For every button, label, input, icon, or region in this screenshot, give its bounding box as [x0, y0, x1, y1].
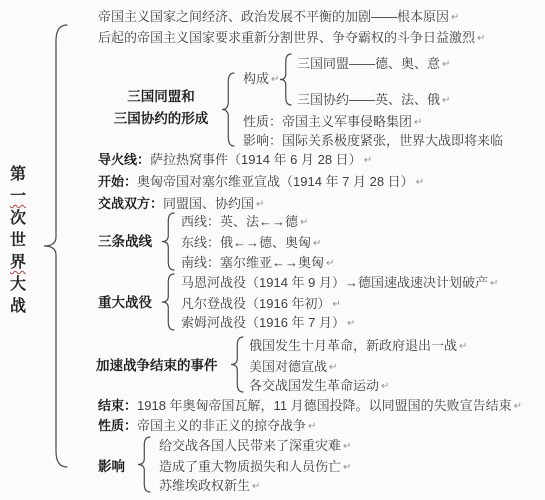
return-mark: ↵ [477, 33, 485, 44]
return-mark: ↵ [451, 12, 459, 23]
alliances-brace [221, 72, 235, 147]
return-mark: ↵ [347, 318, 355, 329]
title-char: 第 [8, 166, 28, 184]
alliances-label-line2: 三国协约的形成 [100, 108, 222, 130]
return-mark: ↵ [308, 421, 316, 432]
marne-battle-text: 马恩河战役（1914 年 9 月）→德国速战速决计划破产 [181, 275, 488, 290]
secondary-cause-line: 后起的帝国主义国家要求重新分割世界、争夺霸权的斗争日益激烈↵ [98, 30, 485, 46]
alliances-impact-label: 影响： [243, 133, 282, 148]
verdun-battle-text: 凡尔登战役（1916 年初） [181, 296, 331, 311]
title-char: 一 [8, 188, 28, 206]
secondary-cause-text: 后起的帝国主义国家要求重新分割世界、争夺霸权的斗争日益激烈 [98, 30, 475, 45]
nature-line: 性质：帝国主义的非正义的掠夺战争↵ [98, 418, 316, 434]
impact-item: 给交战各国人民带来了深重灾难↵ [159, 438, 351, 454]
alliance-item: 三国协约——英、法、俄↵ [297, 92, 450, 108]
fuse-text: 萨拉热窝事件（1914 年 6 月 28 日） [150, 152, 362, 167]
impact-soviet-text: 苏维埃政权新生 [159, 478, 250, 493]
triple-entente-text: 三国协约——英、法、俄 [297, 92, 440, 107]
return-mark: ↵ [300, 217, 308, 228]
composition-label-line: 构成↵ [243, 71, 279, 87]
return-mark: ↵ [416, 177, 424, 188]
western-front-text: 西线：英、法←→德 [181, 214, 298, 229]
impact-item: 造成了重大物质损失和人员伤亡↵ [159, 459, 351, 475]
composition-label: 构成 [243, 71, 269, 86]
impact-brace [137, 436, 151, 493]
october-revolution-text: 俄国发生十月革命，新政府退出一战 [249, 338, 457, 353]
front-item: 东线：俄←→德、奥匈↵ [181, 235, 321, 251]
root-cause-text: 帝国主义国家之间经济、政治发展不平衡的加剧——根本原因 [98, 9, 449, 24]
composition-brace [279, 53, 292, 106]
return-mark: ↵ [343, 462, 351, 473]
alliances-nature-line: 性质：帝国主义军事侵略集团↵ [243, 114, 422, 130]
accelerating-events-label: 加速战争结束的事件 [96, 358, 218, 374]
return-mark: ↵ [313, 238, 321, 249]
alliances-nature-label: 性质： [243, 114, 282, 129]
return-mark: ↵ [514, 401, 522, 412]
return-mark: ↵ [442, 95, 450, 106]
belligerents-text: 同盟国、协约国 [163, 196, 254, 211]
return-mark: ↵ [271, 74, 279, 85]
front-item: 南线：塞尔维亚←→奥匈↵ [181, 255, 334, 271]
revolutions-text: 各交战国发生革命运动 [249, 378, 379, 393]
battles-label: 重大战役 [98, 295, 152, 311]
root-cause-line: 帝国主义国家之间经济、政治发展不平衡的加剧——根本原因↵ [98, 9, 459, 25]
fronts-label: 三条战线 [98, 234, 152, 250]
wwi-outline-diagram: 第 一 次 世 界 大 战 帝国主义国家之间经济、政治发展不平衡的加剧——根本原… [0, 0, 545, 500]
alliance-item: 三国同盟——德、奥、意↵ [297, 56, 450, 72]
return-mark: ↵ [364, 155, 372, 166]
fuse-line: 导火线：萨拉热窝事件（1914 年 6 月 28 日）↵ [98, 152, 372, 168]
alliances-label: 三国同盟和 三国协约的形成 [100, 86, 222, 130]
title-char: 世 [8, 232, 28, 250]
end-line: 结束：1918 年奥匈帝国瓦解，11 月德国投降。以同盟国的失败宣告结束↵ [98, 398, 522, 414]
eastern-front-text: 东线：俄←→德、奥匈 [181, 235, 311, 250]
accelerating-event-item: 俄国发生十月革命，新政府退出一战↵ [249, 338, 467, 354]
title-char: 战 [8, 298, 28, 316]
return-mark: ↵ [381, 381, 389, 392]
battle-item: 马恩河战役（1914 年 9 月）→德国速战速决计划破产↵ [181, 275, 498, 291]
start-text: 奥匈帝国对塞尔维亚宣战（1914 年 7 月 28 日） [137, 174, 414, 189]
fuse-label: 导火线： [98, 152, 150, 167]
impact-label: 影响 [98, 459, 125, 475]
impact-suffering-text: 给交战各国人民带来了深重灾难 [159, 438, 341, 453]
title-char: 界 [8, 254, 28, 272]
nature-label: 性质： [98, 418, 137, 433]
alliances-nature-text: 帝国主义军事侵略集团 [282, 114, 412, 129]
return-mark: ↵ [326, 258, 334, 269]
return-mark: ↵ [252, 481, 260, 492]
start-label: 开始： [98, 174, 137, 189]
return-mark: ↵ [414, 117, 422, 128]
end-label: 结束： [98, 398, 137, 413]
alliances-impact-line: 影响：国际关系极度紧张，世界大战即将来临 [243, 133, 503, 148]
return-mark: ↵ [343, 441, 351, 452]
nature-text: 帝国主义的非正义的掠夺战争 [137, 418, 306, 433]
alliances-impact-text: 国际关系极度紧张，世界大战即将来临 [282, 133, 503, 148]
battles-brace [161, 273, 175, 331]
battle-item: 索姆河战役（1916 年 7 月）↵ [181, 315, 355, 331]
return-mark: ↵ [329, 362, 337, 373]
end-text: 1918 年奥匈帝国瓦解，11 月德国投降。以同盟国的失败宣告结束 [137, 398, 512, 413]
return-mark: ↵ [442, 59, 450, 70]
somme-battle-text: 索姆河战役（1916 年 7 月） [181, 315, 345, 330]
start-line: 开始：奥匈帝国对塞尔维亚宣战（1914 年 7 月 28 日）↵ [98, 174, 424, 190]
front-item: 西线：英、法←→德↵ [181, 214, 308, 230]
return-mark: ↵ [256, 199, 264, 210]
return-mark: ↵ [459, 341, 467, 352]
accelerating-event-item: 各交战国发生革命运动↵ [249, 378, 389, 394]
return-mark: ↵ [333, 299, 341, 310]
fronts-brace [161, 212, 175, 271]
triple-alliance-text: 三国同盟——德、奥、意 [297, 56, 440, 71]
belligerents-label: 交战双方： [98, 196, 163, 211]
us-declares-war-text: 美国对德宣战 [249, 359, 327, 374]
title-char: 大 [8, 276, 28, 294]
return-mark: ↵ [490, 278, 498, 289]
accelerating-events-brace [230, 336, 244, 393]
main-brace [43, 24, 68, 468]
title-char: 次 [8, 210, 28, 228]
accelerating-event-item: 美国对德宣战↵ [249, 359, 337, 375]
battle-item: 凡尔登战役（1916 年初）↵ [181, 296, 341, 312]
alliances-label-line1: 三国同盟和 [100, 86, 222, 108]
belligerents-line: 交战双方：同盟国、协约国↵ [98, 196, 264, 212]
impact-losses-text: 造成了重大物质损失和人员伤亡 [159, 459, 341, 474]
southern-front-text: 南线：塞尔维亚←→奥匈 [181, 255, 324, 270]
impact-item: 苏维埃政权新生↵ [159, 478, 260, 494]
